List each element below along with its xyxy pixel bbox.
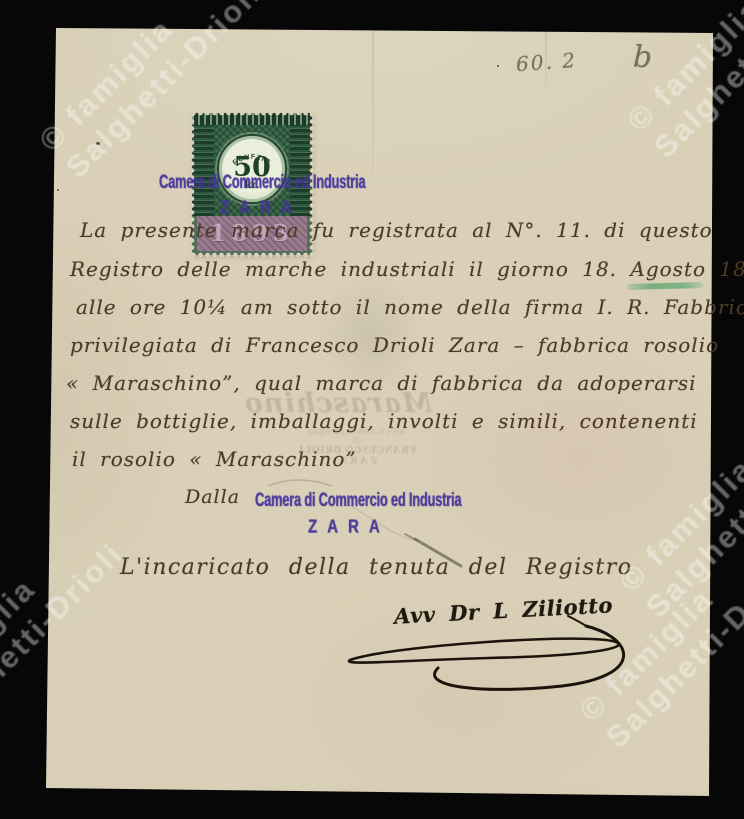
- showthrough-line: DI: [282, 436, 432, 445]
- ink-speck: [57, 189, 59, 191]
- handwritten-line-7: il rosolio « Maraschino”: [72, 447, 357, 471]
- pencil-archive-number: 60. 2: [515, 48, 577, 76]
- stamp-perforation: [190, 110, 314, 116]
- handwritten-line-3: alle ore 10¼ am sotto il nome della firm…: [76, 295, 744, 319]
- pencil-letter-b: b: [632, 40, 652, 76]
- handwritten-line-2: Registro delle marche industriali il gio…: [70, 257, 744, 281]
- handwritten-closing: L'incaricato della tenuta del Registro: [120, 555, 633, 580]
- handwritten-line-4: privilegiata di Francesco Drioli Zara – …: [70, 333, 719, 357]
- chamber-stamp-zara: ZARA: [308, 516, 390, 537]
- handwritten-line-1: La presente marca fu registrata al N°. 1…: [80, 218, 713, 242]
- handwritten-dalla: Dalla: [185, 486, 240, 508]
- scanned-document-photo: Maraschino dell' I. R. Fabbrica privileg…: [0, 0, 744, 819]
- ink-speck: [497, 65, 499, 67]
- chamber-stamp-line1: Camera di Commercio ed Industria: [255, 489, 461, 510]
- stamp-value-medallion: FÜNFZIG 50 kr.: [217, 134, 287, 204]
- stamp-ornament-column: [192, 113, 214, 216]
- chamber-overprint-zara: ZARA: [220, 197, 302, 218]
- signature-flourish: [338, 598, 648, 708]
- ink-speck: [96, 142, 100, 145]
- svg-text:FÜNFZIG: FÜNFZIG: [232, 153, 272, 167]
- chamber-overprint-line1: Camera di Commercio ed Industria: [159, 171, 365, 192]
- handwritten-line-6: sulle bottiglie, imballaggi, involti e s…: [70, 409, 698, 433]
- paper-crease: [372, 28, 374, 178]
- handwritten-line-5: « Maraschino”, qual marca di fabbrica da…: [66, 371, 697, 395]
